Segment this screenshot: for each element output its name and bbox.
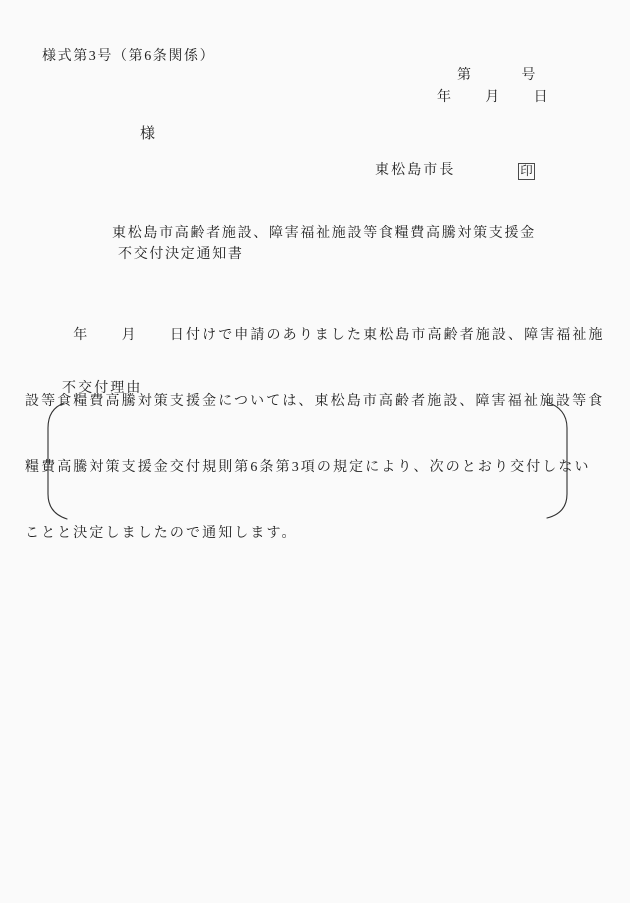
form-number: 様式第3号（第6条関係）: [42, 46, 215, 68]
recipient-honorific: 様: [140, 123, 157, 145]
document-title-line2: 不交付決定通知書: [118, 244, 244, 266]
seal-box: 印: [518, 163, 535, 180]
document-title-line1: 東松島市高齢者施設、障害福祉施設等食糧費高騰対策支援金: [112, 223, 536, 245]
reason-parentheses: [40, 398, 575, 524]
sender-title: 東松島市長: [375, 160, 456, 182]
document-page: 様式第3号（第6条関係） 第 号 年 月 日 様 東松島市長 印 東松島市高齢者…: [0, 0, 630, 903]
body-line-1: 年 月 日付けで申請のありました東松島市高齢者施設、障害福祉施: [25, 325, 609, 347]
seal-label: 印: [520, 165, 533, 178]
date-line: 年 月 日: [437, 87, 550, 109]
left-parenthesis: [48, 403, 67, 519]
reason-label: 不交付理由: [62, 378, 143, 400]
right-parenthesis: [546, 402, 567, 518]
body-line-4: ことと決定しましたので通知します。: [25, 523, 609, 545]
document-number-line: 第 号: [457, 65, 538, 87]
